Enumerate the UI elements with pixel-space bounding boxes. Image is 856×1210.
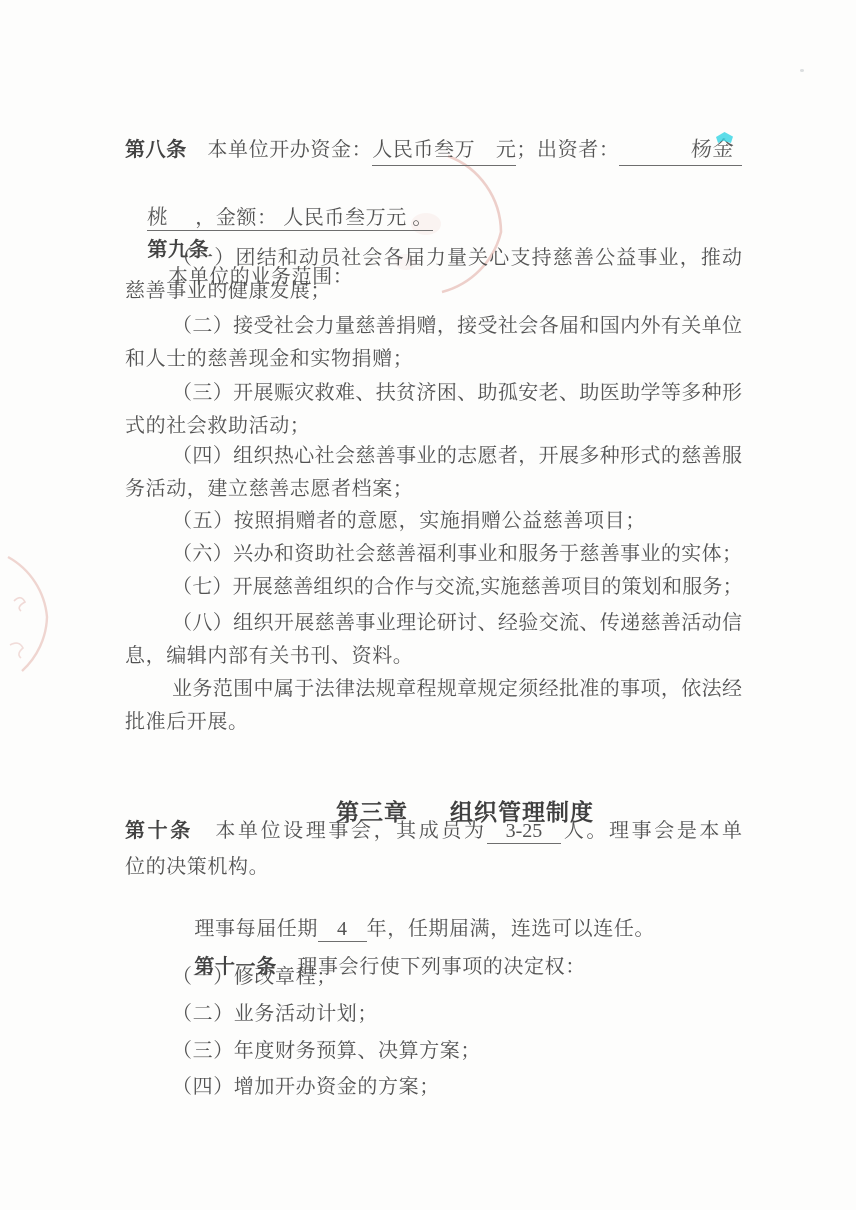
funder-prefix: ；出资者： <box>516 137 619 164</box>
clause-2-line-2: 和人士的慈善现金和实物捐赠； <box>125 346 742 373</box>
clause-8-line-2: 息，编辑内部有关书刊、资料。 <box>125 643 742 670</box>
clause-1-line-2: 慈善事业的健康发展； <box>125 278 742 305</box>
clause-6-line: （六）兴办和资助社会慈善福利事业和服务于慈善事业的实体； <box>125 541 742 568</box>
scope-approval-line-1: 业务范围中属于法律法规章程规章规定须经批准的事项，依法经 <box>125 676 742 703</box>
clause-2-line-1: （二）接受社会力量慈善捐赠，接受社会各届和国内外有关单位 <box>125 313 742 340</box>
clause-1-line-1: （一）团结和动员社会各届力量关心支持慈善公益事业，推动 <box>125 245 742 272</box>
clause-8-line-1: （八）组织开展慈善事业理论研讨、经验交流、传递慈善活动信 <box>125 610 742 637</box>
clause-3-line-2: 式的社会救助活动； <box>125 413 742 440</box>
decision-item-4: （四）增加开办资金的方案； <box>125 1074 742 1101</box>
red-seal-left-squiggle-2 <box>10 643 23 658</box>
article-10-label: 第十条 <box>125 820 193 842</box>
opening-capital-prefix: 本单位开办资金： <box>187 137 372 164</box>
clause-3-line-1: （三）开展赈灾救难、扶贫济困、助孤安老、助医助学等多种形 <box>125 380 742 407</box>
opening-capital-amount: 人民币叁万 元 <box>372 137 516 166</box>
article-10-line-2: 位的决策机构。 <box>125 854 742 881</box>
red-seal-left-arc <box>8 557 47 671</box>
council-suffix: 人。理事会是本单 <box>561 820 742 842</box>
members-count-blank: 3-25 <box>487 820 562 844</box>
decision-item-3: （三）年度财务预算、决算方案； <box>125 1038 742 1065</box>
scope-approval-line-2: 批准后开展。 <box>125 709 742 736</box>
council-prefix: 本单位设理事会，其成员为 <box>193 820 487 842</box>
article-8-label: 第八条 <box>125 137 187 164</box>
clause-5-line: （五）按照捐赠者的意愿，实施捐赠公益慈善项目； <box>125 508 742 535</box>
red-seal-left <box>0 545 75 690</box>
decision-item-1: （一）修改章程； <box>125 964 742 991</box>
red-seal-left-squiggle-1 <box>14 598 25 611</box>
clause-7-line: （七）开展慈善组织的合作与交流,实施慈善项目的策划和服务； <box>125 574 742 601</box>
article-8-line-1: 第八条 本单位开办资金： 人民币叁万 元 ；出资者： 杨金 <box>125 136 742 166</box>
scanned-document-page: 第八条 本单位开办资金： 人民币叁万 元 ；出资者： 杨金 桃 ，金额： 人民币… <box>0 0 856 1210</box>
decision-item-2: （二）业务活动计划； <box>125 1001 742 1028</box>
funder-name-blank: 杨金 <box>619 136 742 166</box>
clause-4-line-2: 务活动，建立慈善志愿者档案； <box>125 476 742 503</box>
article-10-line-1: 第十条 本单位设理事会，其成员为3-25人。理事会是本单 <box>125 818 742 845</box>
clause-4-line-1: （四）组织热心社会慈善事业的志愿者，开展多种形式的慈善服 <box>125 443 742 470</box>
scan-speck <box>800 69 804 72</box>
